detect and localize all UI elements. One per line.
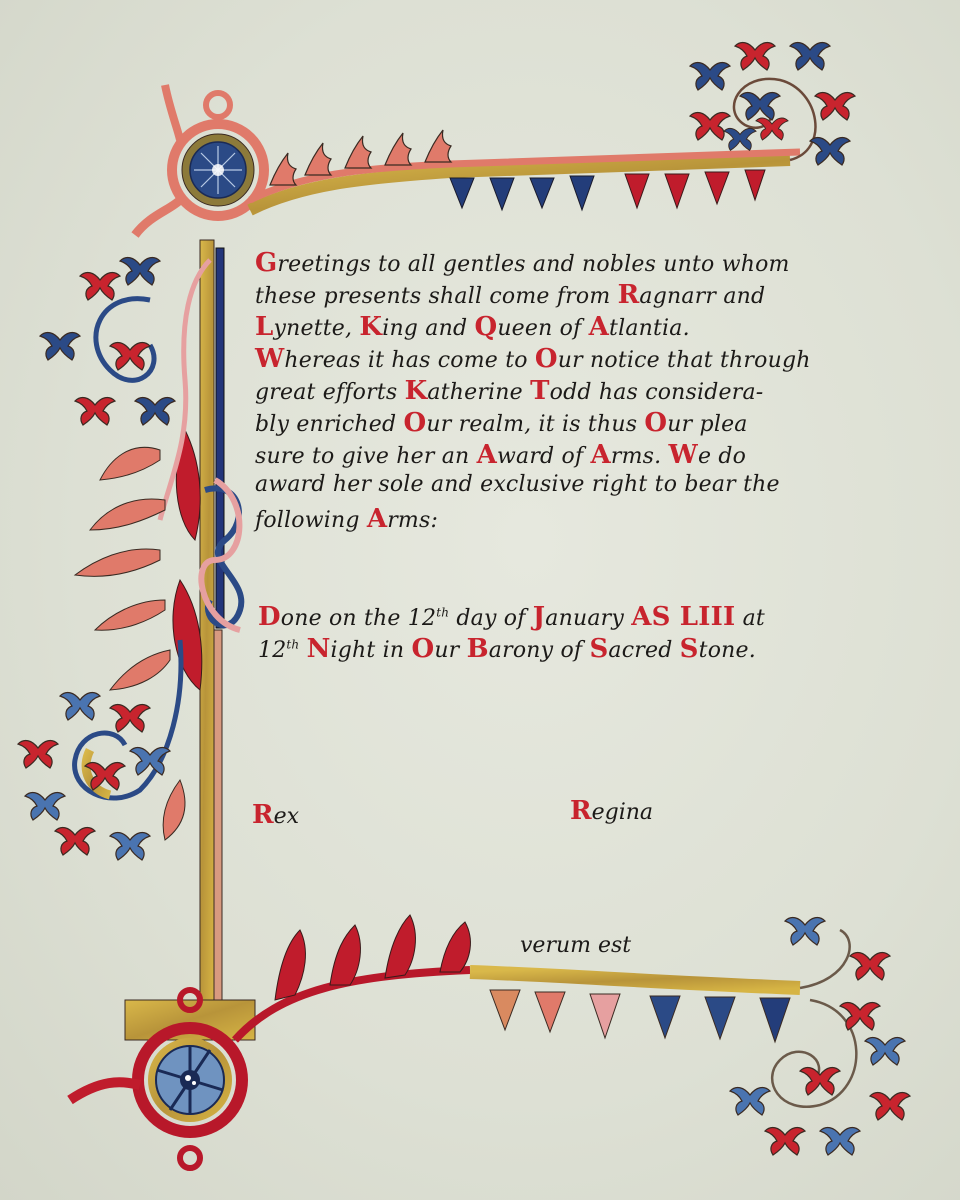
signature-label: egina — [592, 800, 653, 825]
rubric-capital: R — [570, 796, 592, 826]
rubric-capital: B — [467, 634, 489, 664]
line-text: ur realm, it is thus — [426, 412, 644, 437]
rubric-capital: W — [669, 440, 698, 470]
line-text: agnarr and — [639, 284, 765, 309]
line-text: ight in — [331, 638, 412, 663]
rubric-capital: J — [533, 602, 546, 632]
body-text: Greetings to all gentles and nobles unto… — [255, 248, 905, 528]
body-line: Lynette, King and Queen of Atlantia. — [255, 312, 690, 342]
dating-clause: Done on the 12th day of January AS LIII … — [258, 602, 898, 672]
signature-rex: Rex — [252, 800, 299, 830]
line-text: one on the 12 — [281, 606, 436, 631]
rubric-capital: O — [411, 634, 434, 664]
line-text: sure to give her an — [255, 444, 477, 469]
signature-label: ex — [274, 804, 299, 829]
line-text: ur notice that through — [558, 348, 811, 373]
line-text: 12 — [258, 638, 286, 663]
line-text: these presents shall come from — [255, 284, 618, 309]
body-line: great efforts Katherine Todd has conside… — [255, 376, 763, 406]
rubric-capital: O — [535, 344, 558, 374]
line-text: bly enriched — [255, 412, 403, 437]
rubric-capital: Q — [474, 312, 497, 342]
rubric-capital: R — [252, 800, 274, 830]
line-text: acred — [608, 638, 679, 663]
line-text: ur — [434, 638, 466, 663]
line-text: ueen of — [497, 316, 588, 341]
rubric-capital: O — [403, 408, 426, 438]
line-text: hereas it has come to — [284, 348, 534, 373]
line-text: anuary — [545, 606, 631, 631]
signature-regina: Regina — [570, 796, 653, 826]
top-branch — [250, 43, 855, 210]
line-text: ynette, — [273, 316, 359, 341]
line-text: at — [735, 606, 765, 631]
rubric-capital: S — [589, 634, 608, 664]
line-text: tlantia. — [609, 316, 690, 341]
left-vine — [18, 258, 210, 860]
dating-line: Done on the 12th day of January AS LIII … — [258, 602, 765, 632]
line-text: rms: — [387, 508, 438, 533]
rubric-capital: K — [359, 312, 382, 342]
signature-label: verum est — [520, 933, 631, 958]
line-text: atherine — [427, 380, 530, 405]
line-text: ward of — [497, 444, 591, 469]
top-left-roundel — [135, 85, 264, 235]
rubric-capital: K — [405, 376, 428, 406]
rubric-capital: D — [258, 602, 281, 632]
line-text: rms. — [611, 444, 669, 469]
signature-verum-est: verum est — [520, 933, 631, 958]
bottom-left-roundel — [70, 990, 255, 1168]
rubric-capital: S — [680, 634, 699, 664]
ordinal-suffix: th — [286, 638, 299, 652]
body-line: sure to give her an Award of Arms. We do — [255, 440, 746, 470]
rubric-capital: A — [477, 440, 497, 470]
rubric-capital: G — [255, 248, 277, 278]
rubric-capital: W — [255, 344, 284, 374]
rubric-capital: O — [644, 408, 667, 438]
body-line: following Arms: — [255, 504, 438, 534]
illumination-border — [0, 0, 960, 1200]
line-text: day of — [449, 606, 533, 631]
rubric-capital: T — [530, 376, 550, 406]
dating-line: 12th Night in Our Barony of Sacred Stone… — [258, 634, 756, 664]
body-line: Greetings to all gentles and nobles unto… — [255, 248, 790, 278]
scroll-page: Greetings to all gentles and nobles unto… — [0, 0, 960, 1200]
rubric-capital: N — [307, 634, 331, 664]
line-text: tone. — [699, 638, 756, 663]
line-text: following — [255, 508, 367, 533]
body-line: Whereas it has come to Our notice that t… — [255, 344, 811, 374]
line-text: great efforts — [255, 380, 405, 405]
body-line: these presents shall come from Ragnarr a… — [255, 280, 765, 310]
line-text: reetings to all gentles and nobles unto … — [277, 252, 789, 277]
line-text: odd has considera- — [550, 380, 764, 405]
line-text: ing and — [382, 316, 474, 341]
regnal-year: AS LIII — [631, 602, 735, 632]
rubric-capital: A — [367, 504, 387, 534]
rubric-capital: L — [255, 312, 273, 342]
rubric-capital: R — [618, 280, 640, 310]
line-text: ur plea — [667, 412, 747, 437]
ordinal-suffix: th — [436, 606, 449, 620]
body-line: award her sole and exclusive right to be… — [255, 472, 780, 497]
line-text: e do — [698, 444, 746, 469]
line-text: arony of — [489, 638, 590, 663]
rubric-capital: A — [591, 440, 611, 470]
rubric-capital: A — [589, 312, 609, 342]
body-line: bly enriched Our realm, it is thus Our p… — [255, 408, 748, 438]
line-text: award her sole and exclusive right to be… — [255, 472, 780, 497]
